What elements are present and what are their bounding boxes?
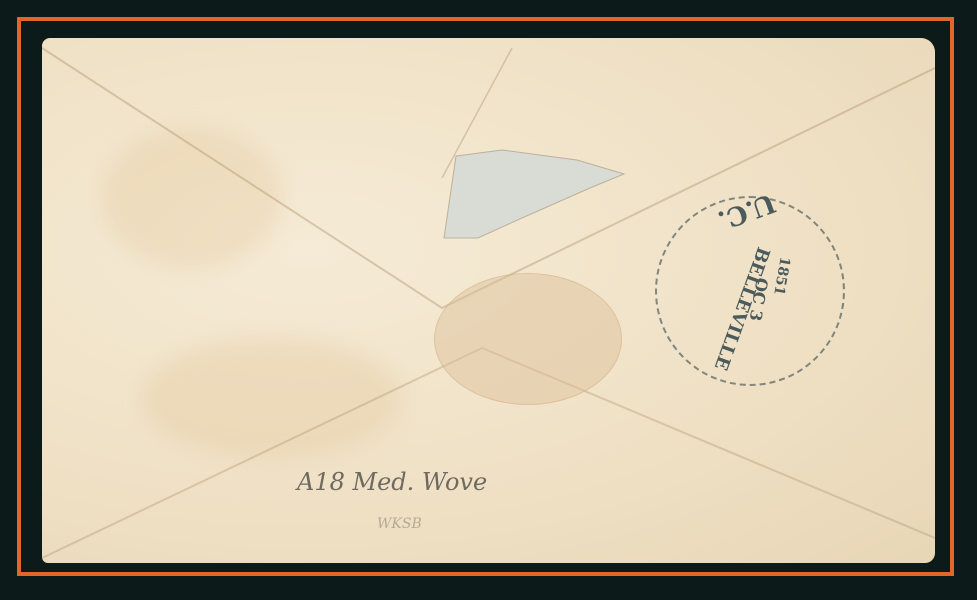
postmark-year: 1851 [770, 255, 793, 296]
envelope-back: U.C. BELLEVILLE OC 3 1851 A18 Med. Wove … [42, 38, 935, 563]
wax-seal-remnant [434, 273, 622, 405]
pencil-note-faint: WKSB [377, 516, 422, 532]
pencil-note-main: A18 Med. Wove [297, 468, 487, 496]
postmark-circle: U.C. BELLEVILLE OC 3 1851 [655, 196, 845, 386]
